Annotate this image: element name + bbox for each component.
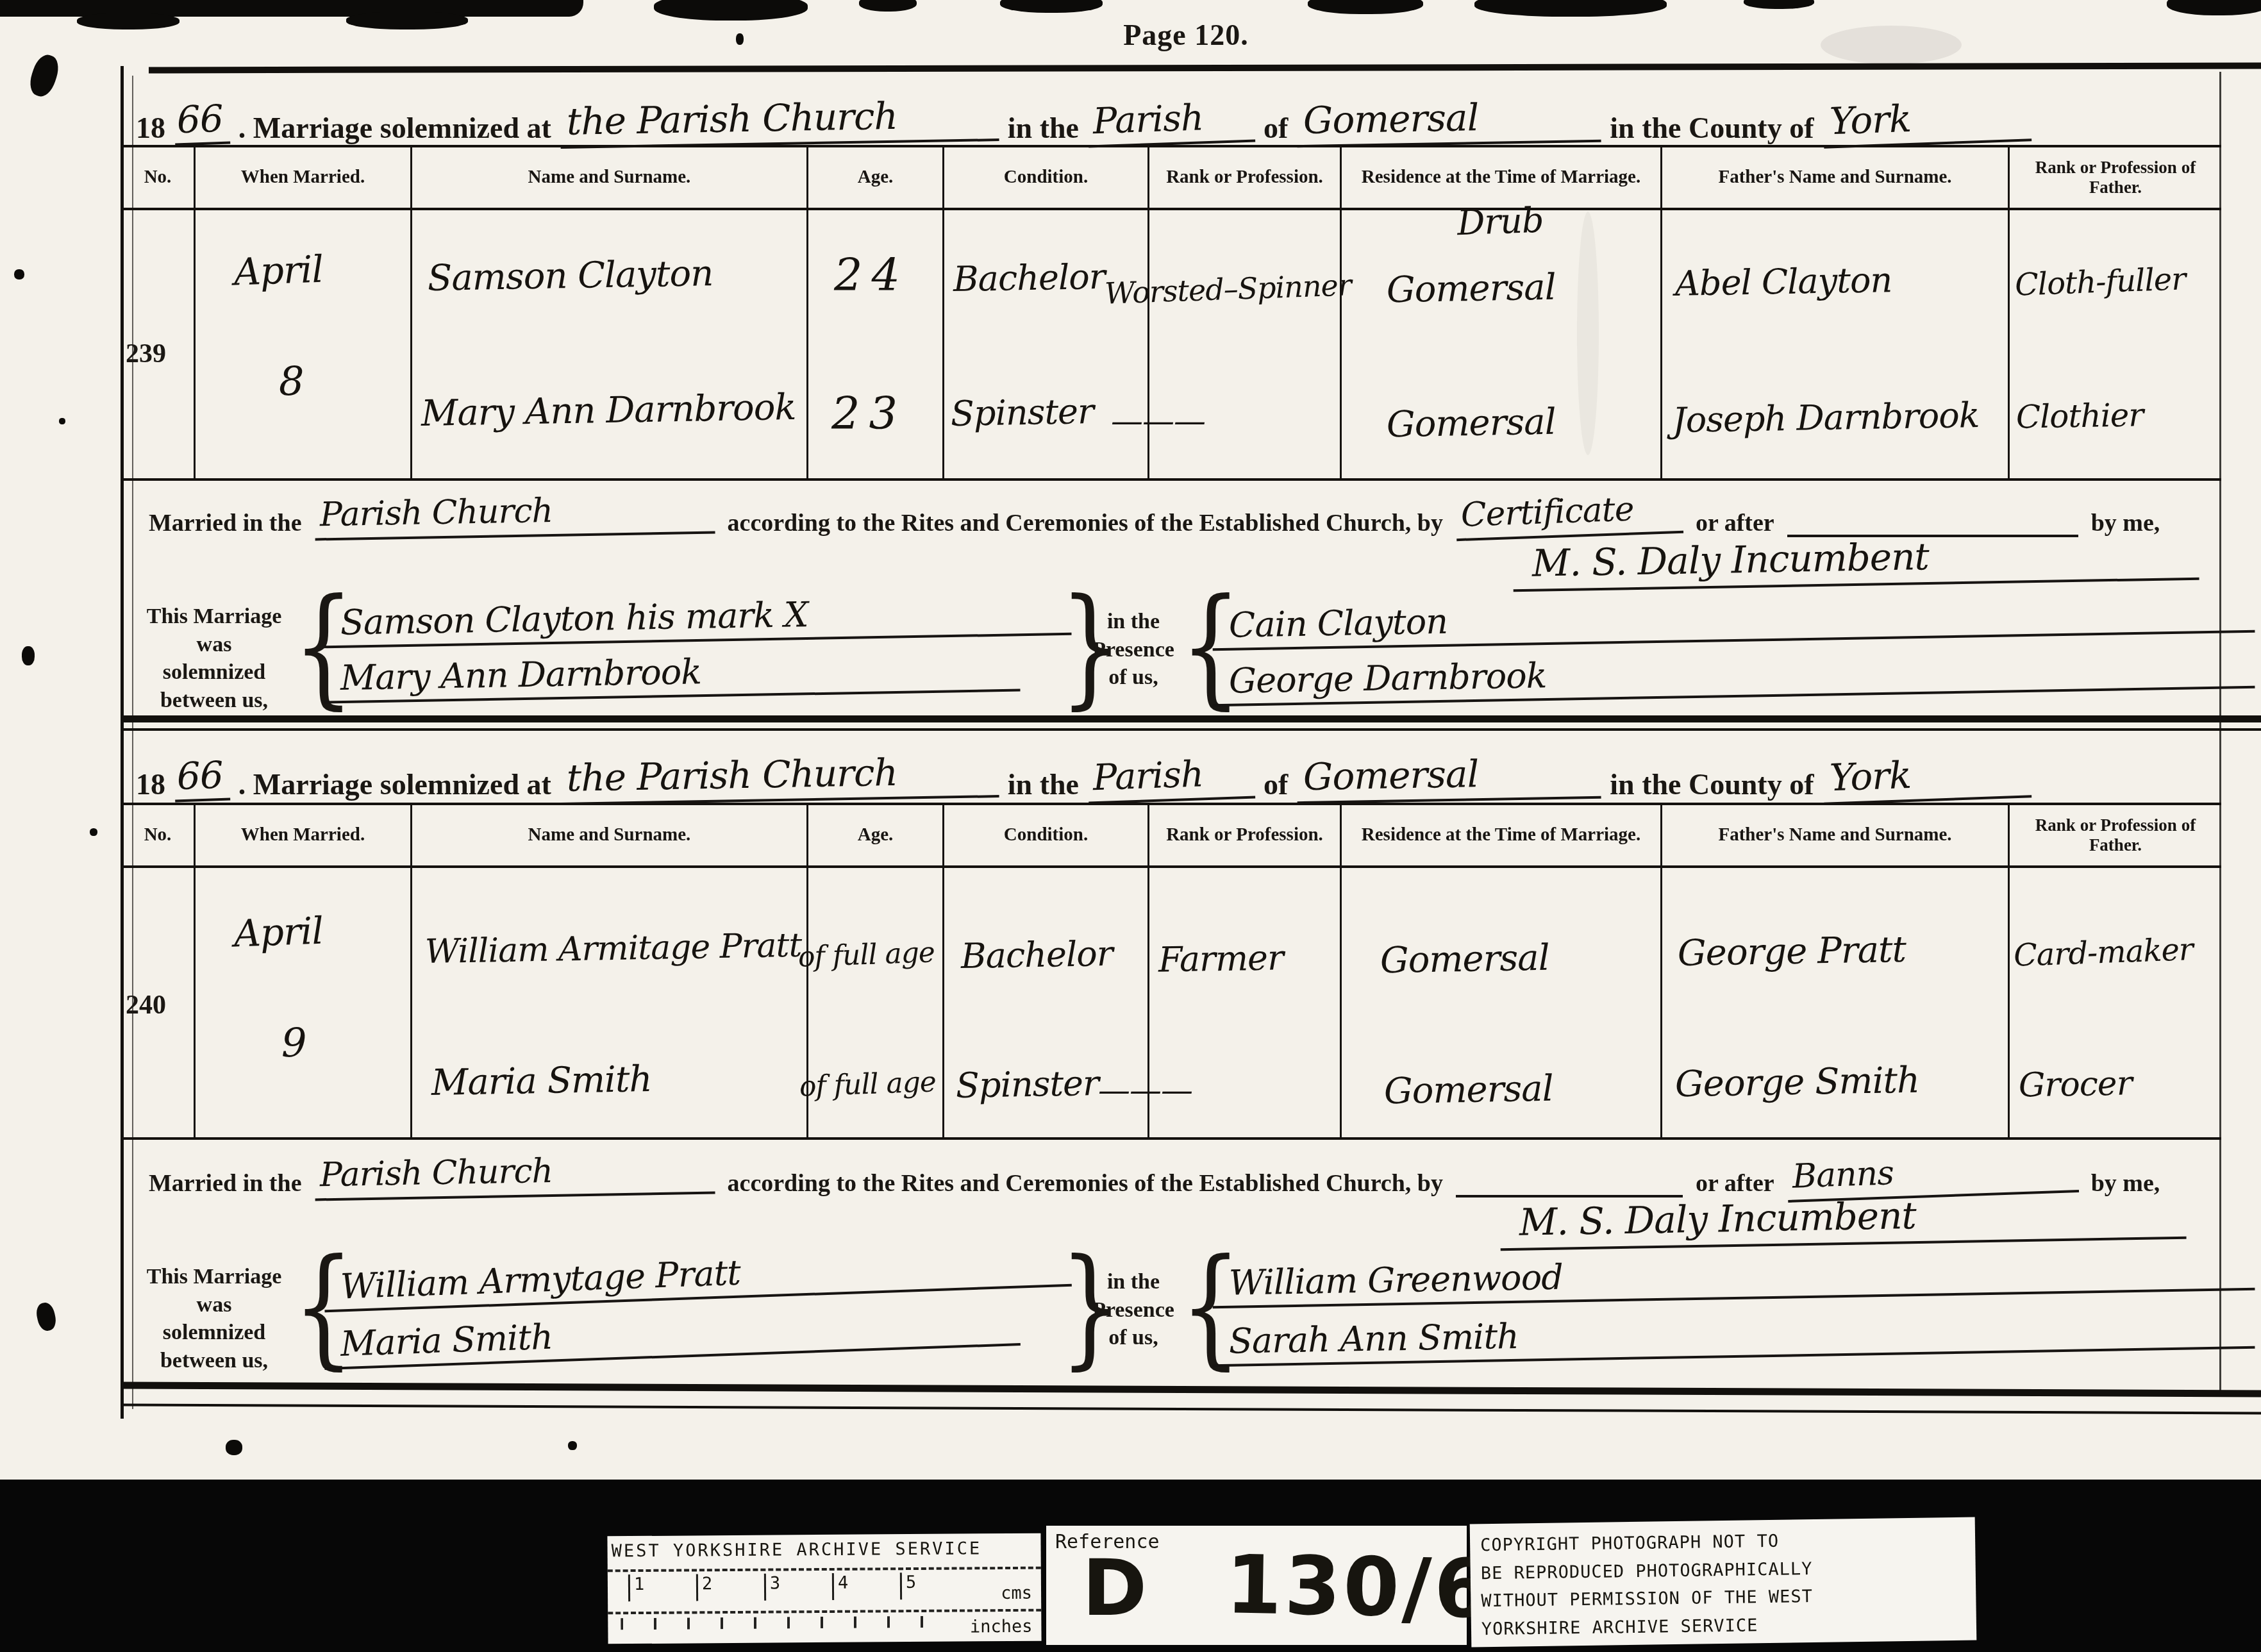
or-after-label: or after	[1696, 509, 1774, 537]
bride-condition: Spinster	[950, 391, 1094, 434]
cm-unit-label: cms	[1001, 1583, 1032, 1603]
witness-signatures: Cain Clayton George Darnbrook	[1212, 596, 2251, 697]
by-method-script: Certificate	[1455, 488, 1683, 541]
groom-father: George Pratt	[1677, 929, 1906, 974]
col-father-name: Father's Name and Surname.	[1660, 805, 2008, 865]
col-rank-profession: Rank or Profession.	[1147, 147, 1340, 208]
bride-father-rank: Grocer	[2018, 1064, 2132, 1105]
officiant-signature-1: M. S. Daly Incumbent	[1512, 530, 2199, 592]
scan-noise	[35, 1301, 58, 1333]
bride-signature: Maria Smith	[323, 1300, 1021, 1370]
bride-rank-dash: ———	[1111, 403, 1205, 440]
scan-noise	[654, 0, 808, 21]
cm-tick-1: 1	[628, 1574, 645, 1601]
presence-line-1: in the	[1085, 608, 1181, 636]
entry-no: 239	[126, 338, 166, 369]
when-married-day: 9	[281, 1019, 306, 1066]
parish-script: Parish	[1087, 95, 1255, 147]
archive-ruler-stamp: WEST YORKSHIRE ARCHIVE SERVICE 1 2 3 4 5…	[607, 1533, 1041, 1644]
archive-service-title: WEST YORKSHIRE ARCHIVE SERVICE	[607, 1533, 1040, 1562]
scan-noise	[14, 269, 24, 280]
presence-line-3: of us,	[1085, 663, 1181, 692]
groom-name: William Armitage Pratt	[425, 926, 802, 971]
in-the-label: in the	[1008, 767, 1079, 801]
solemnized-at-label: . Marriage solemnized at	[238, 111, 551, 145]
entry-no: 240	[126, 990, 166, 1021]
or-after-label: or after	[1696, 1169, 1774, 1197]
section-1-header: 18 66 . Marriage solemnized at the Paris…	[136, 78, 2245, 145]
col-when-married: When Married.	[194, 147, 410, 208]
inch-ticks	[621, 1616, 941, 1630]
scan-noise	[1308, 0, 1423, 14]
of-label: of	[1264, 111, 1288, 145]
page-top-rule	[149, 63, 2261, 74]
scan-noise	[26, 52, 63, 100]
scan-noise	[90, 828, 97, 836]
entry-240-row: 240 April 9 William Armitage Pratt Maria…	[122, 868, 2221, 1140]
groom-rank: Farmer	[1158, 937, 1283, 980]
col-condition: Condition.	[942, 805, 1147, 865]
cm-tick-3: 3	[764, 1573, 781, 1600]
groom-age: of full age	[797, 936, 935, 973]
copyright-stamp: COPYRIGHT PHOTOGRAPH NOT TO BE REPRODUCE…	[1470, 1517, 1977, 1648]
presence-line-2: Presence	[1085, 636, 1181, 664]
this-marriage-label: This Marriage was solemnized between us,	[131, 603, 297, 714]
reference-number: 130/6	[1225, 1537, 1494, 1636]
year-prefix: 18	[136, 767, 165, 801]
bride-father: Joseph Darnbrook	[1672, 395, 1980, 440]
solemn-line-4: between us,	[131, 687, 297, 715]
scan-noise	[59, 418, 65, 424]
when-married-day: 8	[279, 358, 303, 405]
copyright-text: COPYRIGHT PHOTOGRAPH NOT TO BE REPRODUCE…	[1470, 1517, 1977, 1644]
cm-tick-2: 2	[696, 1574, 713, 1601]
solemn-line-1: This Marriage	[131, 1263, 297, 1291]
married-in-the-label: Married in the	[149, 1169, 302, 1197]
reference-stamp: Reference D 130/6	[1046, 1526, 1467, 1645]
page-number: Page 120.	[1051, 18, 1321, 52]
county-of-label: in the County of	[1610, 767, 1814, 801]
col-residence: Residence at the Time of Marriage.	[1340, 805, 1660, 865]
witness-2-signature: George Darnbrook	[1212, 643, 2255, 706]
scan-noise	[226, 1440, 242, 1455]
presence-line-2: Presence	[1085, 1296, 1181, 1324]
place-script: the Parish Church	[560, 92, 999, 149]
county-script: York	[1822, 749, 2031, 805]
bride-name: Maria Smith	[431, 1058, 652, 1104]
groom-residence-line2: Gomersal	[1386, 267, 1556, 312]
scan-noise	[1000, 0, 1103, 13]
presence-line-3: of us,	[1085, 1324, 1181, 1352]
solemn-line-2: was	[131, 1291, 297, 1319]
col-residence: Residence at the Time of Marriage.	[1340, 147, 1660, 208]
couple-signatures: William Armytage Pratt Maria Smith	[324, 1254, 1067, 1358]
register-table-2: No. When Married. Name and Surname. Age.…	[122, 803, 2221, 1140]
groom-father-rank: Card-maker	[2013, 931, 2194, 974]
married-in-the-label: Married in the	[149, 509, 302, 537]
witness-1-signature: Cain Clayton	[1212, 587, 2255, 651]
according-label: according to the Rites and Ceremonies of…	[728, 509, 1443, 537]
solemnized-at-label: . Marriage solemnized at	[238, 767, 551, 801]
solemn-line-1: This Marriage	[131, 603, 297, 631]
ruler-inch-scale: inches	[608, 1609, 1041, 1647]
bride-rank-dash: ———	[1098, 1072, 1192, 1109]
solemn-line-2: was	[131, 631, 297, 659]
groom-signature: Samson Clayton his mark X	[323, 590, 1071, 648]
year-script: 66	[174, 97, 230, 146]
bride-name: Mary Ann Darnbrook	[421, 387, 796, 435]
inch-unit-label: inches	[970, 1617, 1033, 1637]
scan-noise	[2167, 0, 2261, 15]
year-script: 66	[174, 753, 230, 803]
section-divider-thick	[122, 715, 2261, 722]
scan-noise	[736, 33, 744, 45]
scan-noise	[859, 0, 917, 12]
groom-age: 24	[834, 249, 909, 301]
presence-label: in the Presence of us,	[1085, 608, 1181, 692]
scan-noise	[22, 646, 35, 665]
reference-prefix: D	[1082, 1542, 1147, 1633]
bride-age: 23	[831, 387, 906, 440]
married-line-1: Married in the Parish Church according t…	[149, 480, 2226, 537]
scan-noise	[1744, 0, 1814, 9]
col-father-name: Father's Name and Surname.	[1660, 147, 2008, 208]
table-2-header-row: No. When Married. Name and Surname. Age.…	[122, 805, 2221, 868]
place-script: the Parish Church	[560, 749, 999, 805]
solemn-line-3: solemnized	[131, 658, 297, 687]
scan-noise	[568, 1441, 577, 1450]
by-method-script	[1456, 1191, 1683, 1197]
table-1-header-row: No. When Married. Name and Surname. Age.…	[122, 147, 2221, 210]
col-condition: Condition.	[942, 147, 1147, 208]
col-rank-profession: Rank or Profession.	[1147, 805, 1340, 865]
page-bottom-rule-thin	[122, 1404, 2261, 1415]
col-father-rank: Rank or Profession of Father.	[2008, 805, 2221, 865]
presence-line-1: in the	[1085, 1268, 1181, 1296]
parish-name-script: Gomersal	[1297, 94, 1601, 147]
when-married-month: April	[233, 909, 324, 956]
county-of-label: in the County of	[1610, 111, 1814, 145]
parish-name-script: Gomersal	[1297, 750, 1601, 804]
register-scan-page: Page 120. 18 66 . Marriage solemnized at…	[0, 0, 2261, 1652]
in-the-label: in the	[1008, 111, 1079, 145]
solemn-line-3: solemnized	[131, 1319, 297, 1347]
ruler-cm-scale: 1 2 3 4 5 cms	[608, 1567, 1041, 1612]
bride-father-rank: Clothier	[2016, 396, 2144, 435]
groom-condition: Bachelor	[960, 933, 1113, 976]
married-line-2: Married in the Parish Church according t…	[149, 1140, 2226, 1197]
groom-father-rank: Cloth-fuller	[2014, 261, 2186, 303]
col-name-surname: Name and Surname.	[410, 805, 806, 865]
col-father-rank: Rank or Profession of Father.	[2008, 147, 2221, 208]
solemnized-block-1: This Marriage was solemnized between us,…	[131, 596, 2247, 718]
parish-script: Parish	[1087, 751, 1255, 804]
bride-father: George Smith	[1674, 1060, 1919, 1106]
cm-tick-5: 5	[900, 1573, 917, 1599]
witness-2-signature: Sarah Ann Smith	[1212, 1303, 2255, 1367]
witness-1-signature: William Greenwood	[1212, 1245, 2255, 1308]
of-label: of	[1264, 767, 1288, 801]
groom-condition: Bachelor	[953, 256, 1105, 299]
groom-residence-line1: Drub	[1456, 200, 1544, 244]
scan-smudge	[1821, 26, 1962, 64]
year-prefix: 18	[136, 111, 165, 145]
cm-tick-4: 4	[832, 1573, 849, 1600]
bride-residence: Gomersal	[1386, 401, 1556, 446]
col-no: No.	[122, 147, 194, 208]
col-when-married: When Married.	[194, 805, 410, 865]
couple-signatures: Samson Clayton his mark X Mary Ann Darnb…	[324, 596, 1067, 697]
groom-residence: Gomersal	[1380, 937, 1549, 982]
scan-noise	[346, 12, 468, 29]
married-place-script: Parish Church	[314, 489, 715, 541]
married-place-script: Parish Church	[314, 1149, 715, 1201]
col-age: Age.	[806, 147, 942, 208]
scan-noise	[1474, 0, 1667, 17]
presence-label: in the Presence of us,	[1085, 1268, 1181, 1352]
col-age: Age.	[806, 805, 942, 865]
bride-age: of full age	[799, 1065, 937, 1103]
bride-condition: Spinster	[955, 1063, 1099, 1106]
entry-239-row: 239 April 8 Samson Clayton Mary Ann Darn…	[122, 210, 2221, 481]
officiant-signature-2: M. S. Daly Incumbent	[1499, 1189, 2186, 1251]
this-marriage-label: This Marriage was solemnized between us,	[131, 1263, 297, 1374]
solemn-line-4: between us,	[131, 1347, 297, 1375]
section-divider-thin	[122, 728, 2261, 731]
solemnized-block-2: This Marriage was solemnized between us,…	[131, 1254, 2247, 1389]
when-married-month: April	[233, 247, 324, 294]
scan-noise	[77, 13, 179, 29]
bride-signature: Mary Ann Darnbrook	[323, 646, 1020, 704]
bride-residence: Gomersal	[1383, 1068, 1553, 1113]
register-table-1: No. When Married. Name and Surname. Age.…	[122, 145, 2221, 481]
groom-father: Abel Clayton	[1674, 260, 1892, 304]
section-2-header: 18 66 . Marriage solemnized at the Paris…	[136, 735, 2245, 801]
col-name-surname: Name and Surname.	[410, 147, 806, 208]
col-no: No.	[122, 805, 194, 865]
county-script: York	[1822, 92, 2031, 148]
groom-name: Samson Clayton	[427, 253, 713, 299]
scan-noise	[0, 0, 583, 17]
according-label: according to the Rites and Ceremonies of…	[728, 1169, 1443, 1197]
copyright-line-4: YORKSHIRE ARCHIVE SERVICE	[1481, 1609, 1977, 1644]
witness-signatures: William Greenwood Sarah Ann Smith	[1212, 1254, 2251, 1358]
